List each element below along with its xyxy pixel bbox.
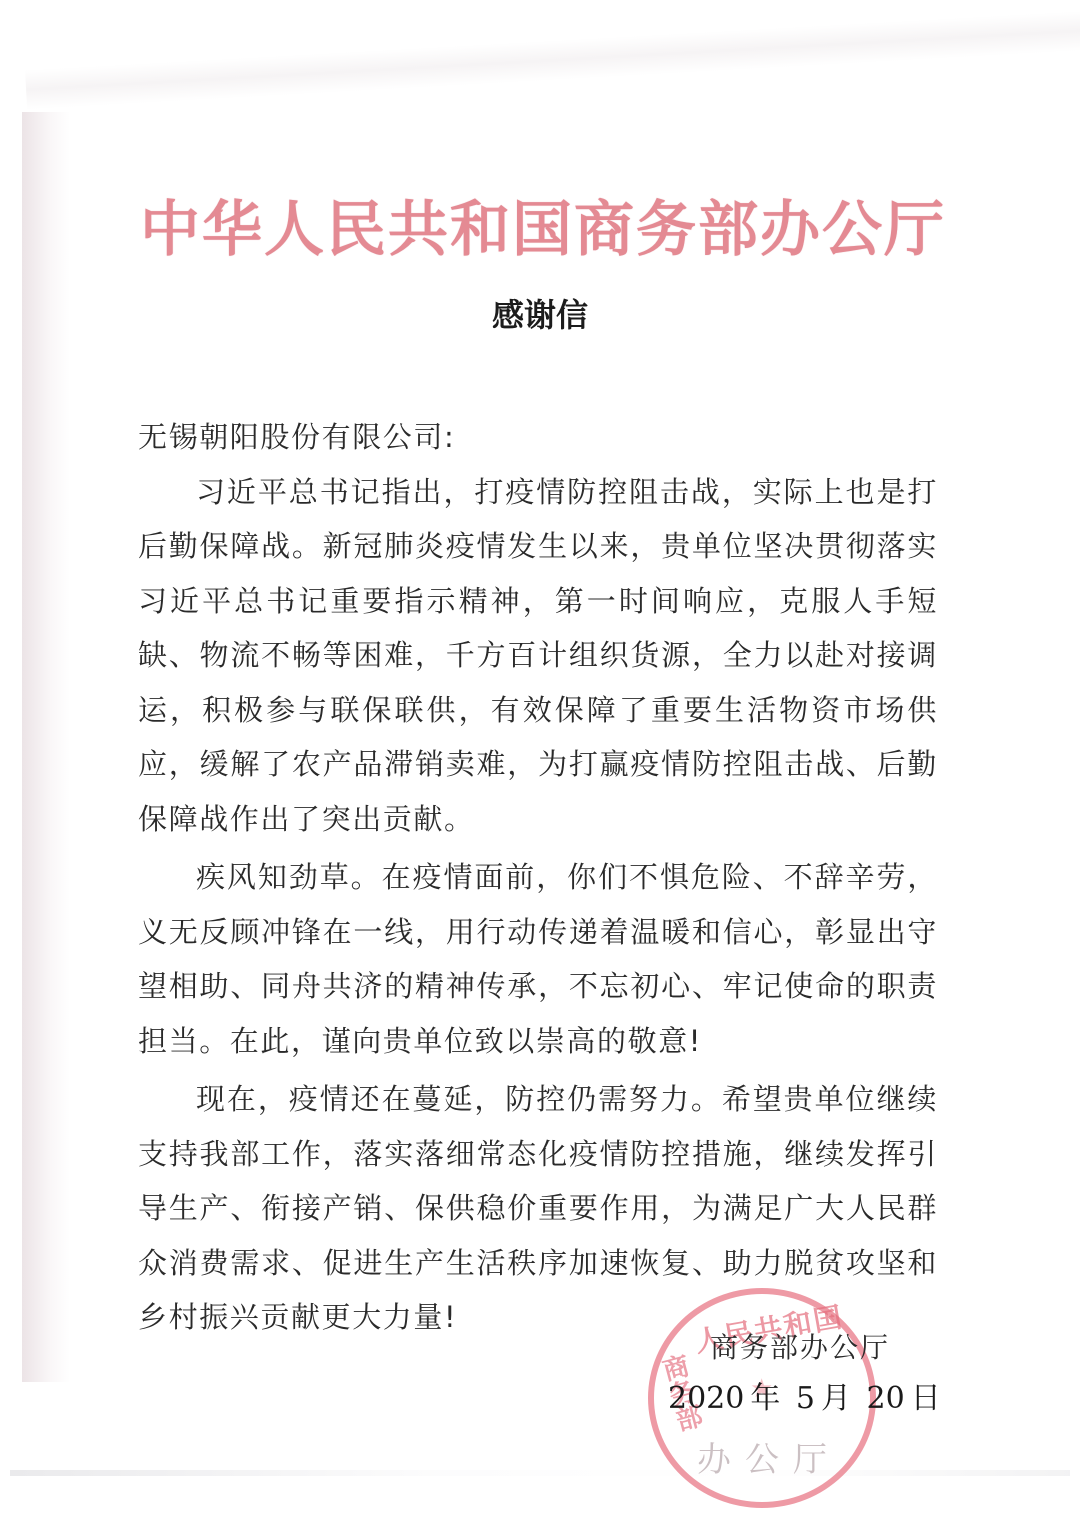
date-day-unit: 日 — [911, 1381, 941, 1416]
letter-body: 无锡朝阳股份有限公司: 习近平总书记指出，打疫情防控阻击战，实际上也是打后勤保障… — [138, 410, 938, 1345]
scan-edge-top — [25, 11, 1080, 110]
issuer-signature: 商务部办公厅 — [700, 1326, 890, 1366]
date-day: 20 — [867, 1381, 905, 1416]
date-year-unit: 年 — [750, 1381, 780, 1416]
date-year: 2020 — [668, 1381, 744, 1416]
issue-date: 2020年 5月 20日 — [668, 1373, 898, 1417]
salutation: 无锡朝阳股份有限公司: — [138, 410, 938, 465]
paragraph-2: 疾风知劲草。在疫情面前，你们不惧危险、不辞辛劳，义无反顾冲锋在一线，用行动传递着… — [138, 850, 938, 1068]
paragraph-1: 习近平总书记指出，打疫情防控阻击战，实际上也是打后勤保障战。新冠肺炎疫情发生以来… — [138, 465, 938, 847]
scan-edge-bottom — [10, 1470, 1070, 1476]
date-month: 5 — [796, 1381, 815, 1416]
letterhead: 中华人民共和国商务部办公厅 — [118, 182, 968, 268]
document-title: 感谢信 — [0, 290, 1080, 336]
date-month-unit: 月 — [821, 1381, 851, 1416]
seal-bottom-text: 办公厅 — [694, 1432, 844, 1481]
